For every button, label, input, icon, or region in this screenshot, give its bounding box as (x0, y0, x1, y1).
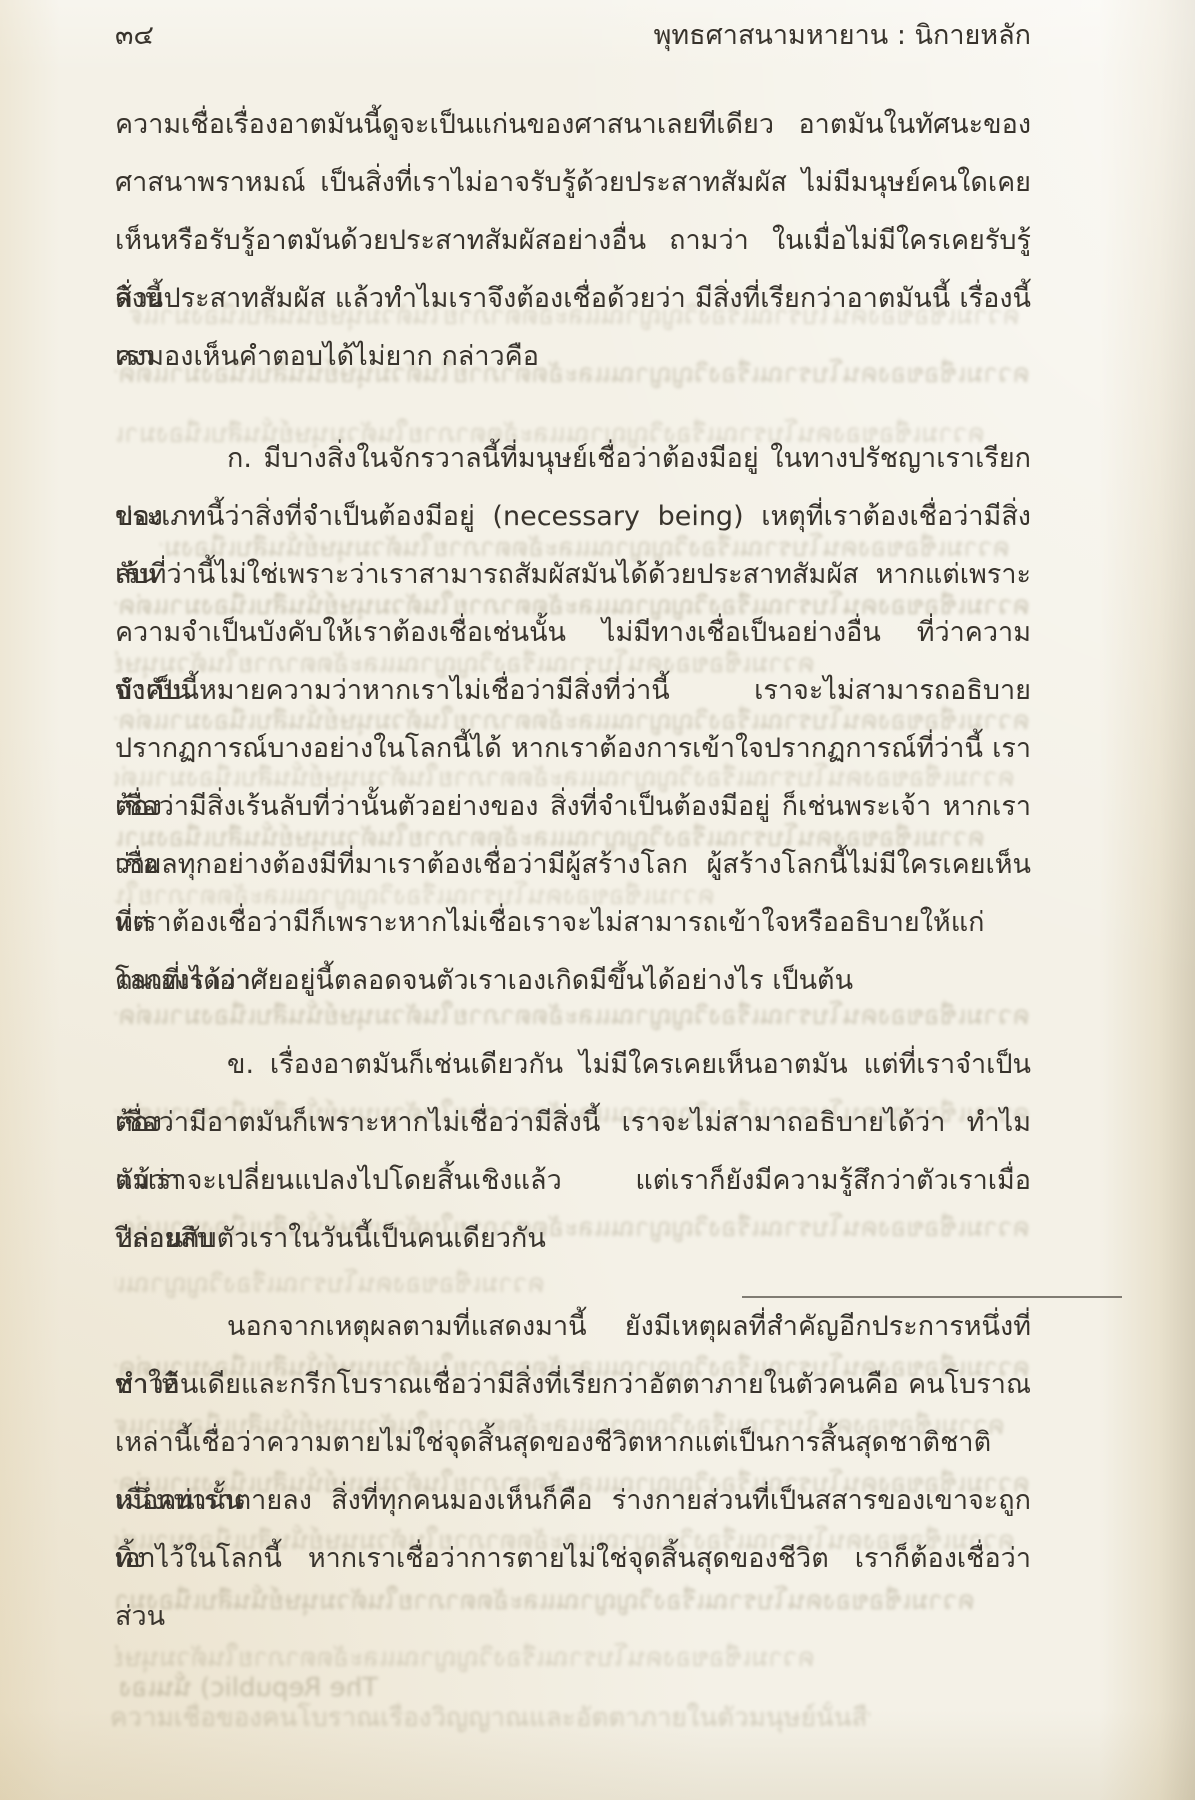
text-line: ปรากฏการณ์บางอย่างในโลกนี้ได้ หากเราต้อง… (115, 720, 1031, 778)
text-line: เชื่อว่ามีสิ่งเร้นลับที่ว่านั้นตัวอย่างข… (115, 778, 1031, 836)
text-line: ด้วยประสาทสัมผัส แล้วทำไมเราจึงต้องเชื่อ… (115, 270, 1031, 328)
text-line: เหล่านี้เชื่อว่าความตายไม่ใช่จุดสิ้นสุดข… (115, 1414, 1031, 1472)
text-line: ความเชื่อเรื่องอาตมันนี้ดูจะเป็นแก่นของศ… (115, 96, 1031, 154)
text-line: ชาวอินเดียและกรีกโบราณเชื่อว่ามีสิ่งที่เ… (115, 1356, 1031, 1414)
text-line: เมื่อคนเราตายลง สิ่งที่ทุกคนมองเห็นก็คือ… (115, 1472, 1031, 1530)
text-line: เห็นหรือรับรู้อาตมันด้วยประสาทสัมผัสอย่า… (115, 212, 1031, 270)
page-header: ๓๔ พุทธศาสนามหายาน : นิกายหลัก (115, 16, 1031, 56)
text-line: เชื่อว่ามีอาตมันก็เพราะหากไม่เชื่อว่ามีส… (115, 1094, 1031, 1152)
text-line: บังคับนี้หมายความว่าหากเราไม่เชื่อว่ามีส… (115, 662, 1031, 720)
separator-rule (742, 1296, 1122, 1298)
text-line: คงมองเห็นคำตอบได้ไม่ยาก กล่าวคือ (115, 328, 1031, 386)
text-line: ศาสนาพราหมณ์ เป็นสิ่งที่เราไม่อาจรับรู้ด… (115, 154, 1031, 212)
bleed-through-line: ความเชื่อของคนโบราณเรื่องวิญญาณและอัตตาภ… (115, 1585, 975, 1619)
text-line: ลับที่ว่านี้ไม่ใช่เพราะว่าเราสามารถสัมผั… (115, 546, 1031, 604)
text-line: ความจำเป็นบังคับให้เราต้องเชื่อเช่นนั้น … (115, 604, 1031, 662)
text-line: นอกจากเหตุผลตามที่แสดงมานี้ ยังมีเหตุผลท… (115, 1298, 1031, 1356)
text-line: ว่าผลทุกอย่างต้องมีที่มาเราต้องเชื่อว่าม… (115, 836, 1031, 894)
text-line: โลกที่เราอาศัยอยู่นี้ตลอดจนตัวเราเองเกิด… (115, 952, 1031, 1010)
running-title: พุทธศาสนามหายาน : นิกายหลัก (654, 16, 1031, 56)
paragraph: ก. มีบางสิ่งในจักรวาลนี้ที่มนุษย์เชื่อว่… (115, 430, 1031, 1010)
text-line: ข. เรื่องอาตมันก็เช่นเดียวกัน ไม่มีใครเค… (115, 1036, 1031, 1094)
text-line: เอาไว้ในโลกนี้ หากเราเชื่อว่าการตายไม่ใช… (115, 1530, 1031, 1588)
bleed-through-line: ความเชื่อของคนโบราณเรื่องวิญญาณและอัตตาภ… (110, 1702, 870, 1736)
paragraph: ความเชื่อเรื่องอาตมันนี้ดูจะเป็นแก่นของศ… (115, 96, 1031, 386)
paragraph: ข. เรื่องอาตมันก็เช่นเดียวกัน ไม่มีใครเค… (115, 1036, 1031, 1268)
text-line: ที่เราต้องเชื่อว่ามีก็เพราะหากไม่เชื่อเร… (115, 894, 1031, 952)
bleed-through-line: ความเชื่อของคนโบราณเรื่องวิญญาณและอัตตาภ… (115, 1642, 815, 1676)
paragraph: นอกจากเหตุผลตามที่แสดงมานี้ ยังมีเหตุผลท… (115, 1298, 1031, 1588)
text-line: ก. มีบางสิ่งในจักรวาลนี้ที่มนุษย์เชื่อว่… (115, 430, 1031, 488)
text-line: ปีก่อนกับตัวเราในวันนี้เป็นคนเดียวกัน (115, 1210, 1031, 1268)
body-text: ความเชื่อเรื่องอาตมันนี้ดูจะเป็นแก่นของศ… (115, 96, 1031, 1588)
scanned-book-page: { "page": { "page_number": "๓๔", "runnin… (0, 0, 1195, 1800)
text-line: ตัวเราจะเปลี่ยนแปลงไปโดยสิ้นเชิงแล้ว แต่… (115, 1152, 1031, 1210)
text-line: ประเภทนี้ว่าสิ่งที่จำเป็นต้องมีอยู่ (nec… (115, 488, 1031, 546)
page-number: ๓๔ (115, 16, 154, 56)
bleed-through-line: The Republic) นั้นเอง (58, 1672, 378, 1706)
